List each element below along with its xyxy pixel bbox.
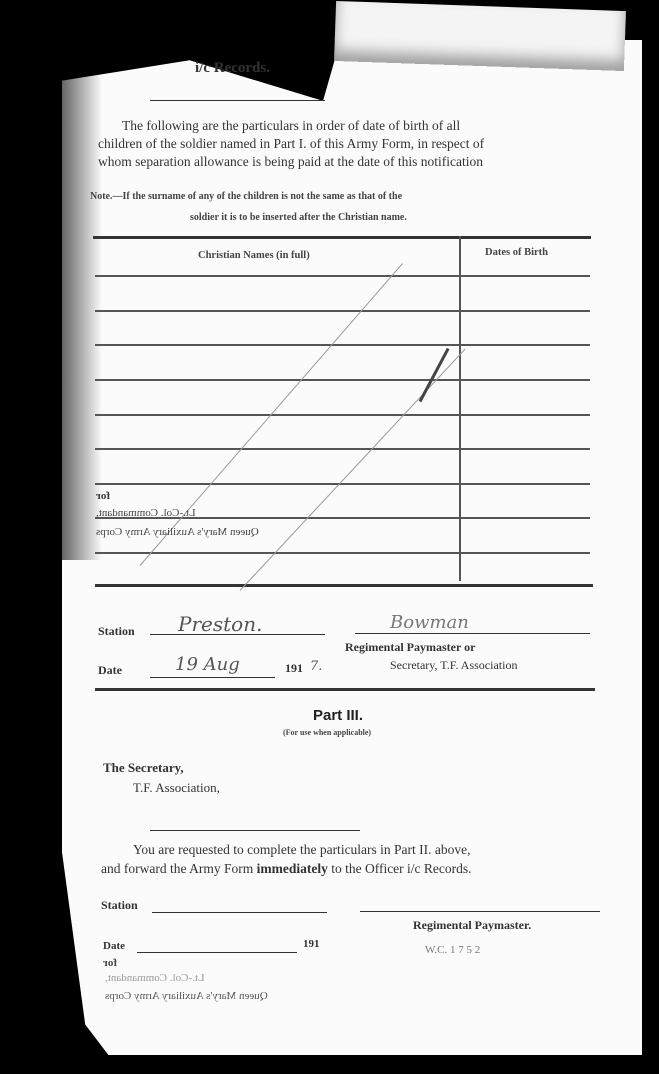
folded-paper-strip bbox=[334, 1, 626, 71]
table-row-line bbox=[95, 379, 590, 381]
section-divider bbox=[95, 688, 595, 691]
table-column-divider bbox=[459, 236, 461, 581]
date-line bbox=[150, 677, 275, 678]
table-row-line bbox=[95, 310, 590, 312]
addressee-line-1: The Secretary, bbox=[103, 760, 184, 776]
signatory-line-1: Regimental Paymaster or bbox=[345, 640, 475, 655]
station-value[interactable]: Preston. bbox=[178, 612, 262, 636]
station-line bbox=[150, 634, 325, 635]
intro-line-3: whom separation allowance is being paid … bbox=[98, 153, 593, 171]
request-text-before: and forward the Army Form bbox=[101, 861, 257, 876]
note-line-2: soldier it is to be inserted after the C… bbox=[190, 212, 407, 223]
signatory-line-2: Secretary, T.F. Association bbox=[390, 658, 517, 673]
table-row-line bbox=[95, 414, 590, 416]
part3-title: Part III. bbox=[313, 707, 363, 724]
part3-station-label: Station bbox=[101, 898, 138, 913]
intro-paragraph: The following are the particulars in ord… bbox=[98, 117, 593, 171]
part3-subtitle: (For use when applicable) bbox=[283, 728, 371, 737]
part3-date-label: Date bbox=[103, 940, 125, 952]
table-row-line bbox=[95, 344, 590, 346]
year-value: 7. bbox=[310, 659, 322, 674]
signature-line bbox=[355, 633, 590, 634]
request-text-bold: immediately bbox=[257, 861, 328, 876]
part3-mirror-stamp-commandant: Lt.-Col. Commandant, bbox=[105, 972, 205, 984]
part3-signature-line[interactable] bbox=[360, 911, 600, 912]
table-bottom-rule bbox=[95, 584, 593, 587]
intro-line-1: The following are the particulars in ord… bbox=[98, 117, 593, 135]
intro-line-2: children of the soldier named in Part I.… bbox=[98, 135, 593, 153]
part3-year-prefix: 191 bbox=[303, 938, 320, 950]
table-row-line bbox=[95, 483, 590, 485]
table-top-rule bbox=[93, 236, 591, 239]
request-text-after: to the Officer i/c Records. bbox=[328, 861, 472, 876]
header-fragment: i/c Records. bbox=[195, 60, 270, 77]
column-header-dates: Dates of Birth bbox=[485, 247, 548, 258]
date-value[interactable]: 19 Aug bbox=[175, 654, 240, 675]
mirror-stamp-commandant: Lt.-Col. Commandant, bbox=[96, 507, 196, 519]
part3-station-line[interactable] bbox=[152, 912, 327, 913]
header-rule bbox=[150, 100, 325, 101]
request-line-2: and forward the Army Form immediately to… bbox=[101, 861, 472, 877]
table-row-line bbox=[95, 448, 590, 450]
mirror-stamp-corps: Queen Mary's Auxiliary Army Corps bbox=[96, 526, 259, 538]
part3-paymaster-label: Regimental Paymaster. bbox=[413, 918, 531, 933]
table-row-line bbox=[95, 552, 590, 554]
note-line-1: Note.—If the surname of any of the child… bbox=[90, 191, 402, 202]
stamp-fragment: W.C. 1 7 5 2 bbox=[425, 944, 480, 956]
part3-mirror-stamp-for: for bbox=[103, 957, 117, 969]
address-rule bbox=[150, 830, 360, 831]
column-header-names: Christian Names (in full) bbox=[198, 250, 310, 261]
table-row-line bbox=[95, 275, 590, 277]
mirror-stamp-for: for bbox=[96, 490, 110, 502]
date-label: Date bbox=[98, 663, 122, 678]
signature: Bowman bbox=[390, 612, 469, 633]
station-label: Station bbox=[98, 624, 135, 639]
part3-date-line[interactable] bbox=[137, 952, 297, 953]
part3-mirror-stamp-corps: Queen Mary's Auxiliary Army Corps bbox=[105, 990, 268, 1002]
year-prefix: 191 bbox=[285, 661, 303, 676]
request-line-1: You are requested to complete the partic… bbox=[133, 842, 471, 858]
addressee-line-2: T.F. Association, bbox=[133, 780, 220, 796]
